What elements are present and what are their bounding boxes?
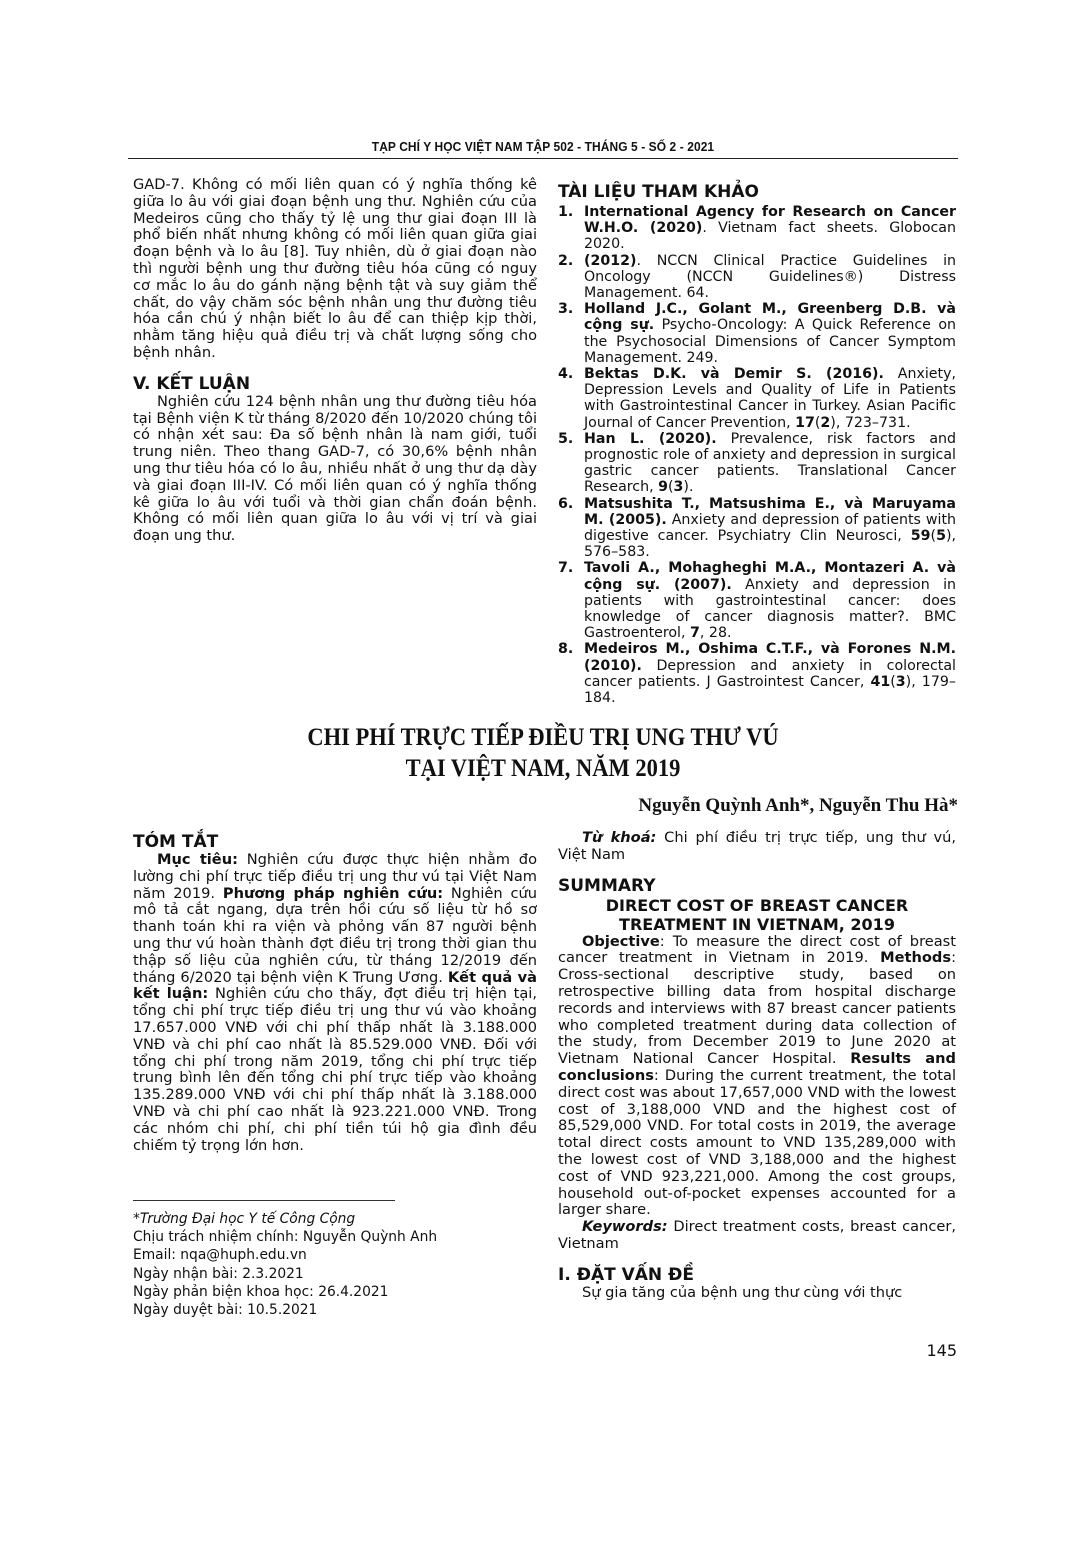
reference-item: 3. Holland J.C., Golant M., Greenberg D.… <box>558 301 956 366</box>
corresponding-author: Chịu trách nhiệm chính: Nguyễn Quỳnh Anh <box>133 1228 537 1246</box>
reference-item: 1. International Agency for Research on … <box>558 204 956 253</box>
running-head: TẠP CHÍ Y HỌC VIỆT NAM TẬP 502 - THÁNG 5… <box>161 139 925 154</box>
reference-item: 4. Bektas D.K. và Demir S. (2016). Anxie… <box>558 366 956 431</box>
abstract-vietnamese: TÓM TẮT Mục tiêu: Nghiên cứu được thực h… <box>133 832 537 1154</box>
abstract-body: Mục tiêu: Nghiên cứu được thực hiện nhằm… <box>133 852 537 1154</box>
page-number: 145 <box>926 1341 957 1360</box>
abstract-heading: TÓM TẮT <box>133 832 537 852</box>
references-list: 1. International Agency for Research on … <box>558 204 956 706</box>
date-received: Ngày nhận bài: 2.3.2021 <box>133 1265 537 1283</box>
affiliation: *Trường Đại học Y tế Công Cộng <box>133 1210 537 1228</box>
reference-item: 8. Medeiros M., Oshima C.T.F., và Forone… <box>558 641 956 706</box>
date-accepted: Ngày duyệt bài: 10.5.2021 <box>133 1301 537 1319</box>
keywords-english: Keywords: Direct treatment costs, breast… <box>558 1219 956 1253</box>
journal-page: TẠP CHÍ Y HỌC VIỆT NAM TẬP 502 - THÁNG 5… <box>0 0 1090 1541</box>
references-section: TÀI LIỆU THAM KHẢO 1. International Agen… <box>558 182 956 706</box>
header-rule <box>128 158 958 159</box>
email: Email: nqa@huph.edu.vn <box>133 1246 537 1264</box>
keywords-vietnamese: Từ khoá: Chi phí điều trị trực tiếp, ung… <box>558 830 956 864</box>
article-title: CHI PHÍ TRỰC TIẾP ĐIỀU TRỊ UNG THƯ VÚ TẠ… <box>170 722 917 784</box>
reference-item: 5. Han L. (2020). Prevalence, risk facto… <box>558 431 956 496</box>
conclusion-text: Nghiên cứu 124 bệnh nhân ung thư đường t… <box>133 394 537 545</box>
reference-item: 7. Tavoli A., Mohagheghi M.A., Montazeri… <box>558 560 956 641</box>
article-authors: Nguyễn Quỳnh Anh*, Nguyễn Thu Hà* <box>638 795 958 817</box>
summary-heading: SUMMARY <box>558 876 956 896</box>
intro-heading: I. ĐẶT VẤN ĐỀ <box>558 1265 956 1285</box>
prev-article-left-column: GAD-7. Không có mối liên quan có ý nghĩa… <box>133 177 537 545</box>
abstract-english-column: Từ khoá: Chi phí điều trị trực tiếp, ung… <box>558 830 956 1302</box>
english-title: DIRECT COST OF BREAST CANCER TREATMENT I… <box>558 896 956 934</box>
discussion-tail: GAD-7. Không có mối liên quan có ý nghĩa… <box>133 177 537 362</box>
conclusion-heading: V. KẾT LUẬN <box>133 374 537 394</box>
date-reviewed: Ngày phản biện khoa học: 26.4.2021 <box>133 1283 537 1301</box>
reference-item: 6. Matsushita T., Matsushima E., và Maru… <box>558 496 956 561</box>
references-heading: TÀI LIỆU THAM KHẢO <box>558 182 956 202</box>
intro-text: Sự gia tăng của bệnh ung thư cùng với th… <box>558 1285 956 1302</box>
footnotes: *Trường Đại học Y tế Công Cộng Chịu trác… <box>133 1210 537 1319</box>
footnote-rule <box>133 1200 395 1201</box>
reference-item: 2. (2012). NCCN Clinical Practice Guidel… <box>558 253 956 302</box>
summary-body: Objective: To measure the direct cost of… <box>558 934 956 1220</box>
